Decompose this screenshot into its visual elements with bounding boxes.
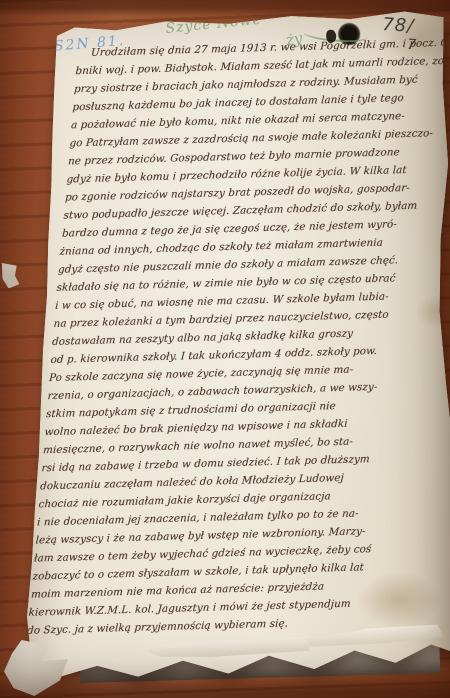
handwritten-text: Urodziłam się dnia 27 maja 1913 r. we ws…: [6, 34, 450, 640]
crossed-out-number: 78: [26, 25, 50, 47]
paper-sheet: 78 S2N 81. Szyce Nowe ży 78/ 7 Urodziłam…: [2, 10, 450, 678]
photo-of-document: 78 S2N 81. Szyce Nowe ży 78/ 7 Urodziłam…: [0, 0, 450, 698]
pencil-title: Szyce Nowe: [165, 12, 263, 37]
archive-number-numerator: 78/: [382, 14, 415, 37]
torn-edge-strip: [147, 636, 313, 660]
paper-surface: 78 S2N 81. Szyce Nowe ży 78/ 7 Urodziłam…: [0, 4, 450, 684]
